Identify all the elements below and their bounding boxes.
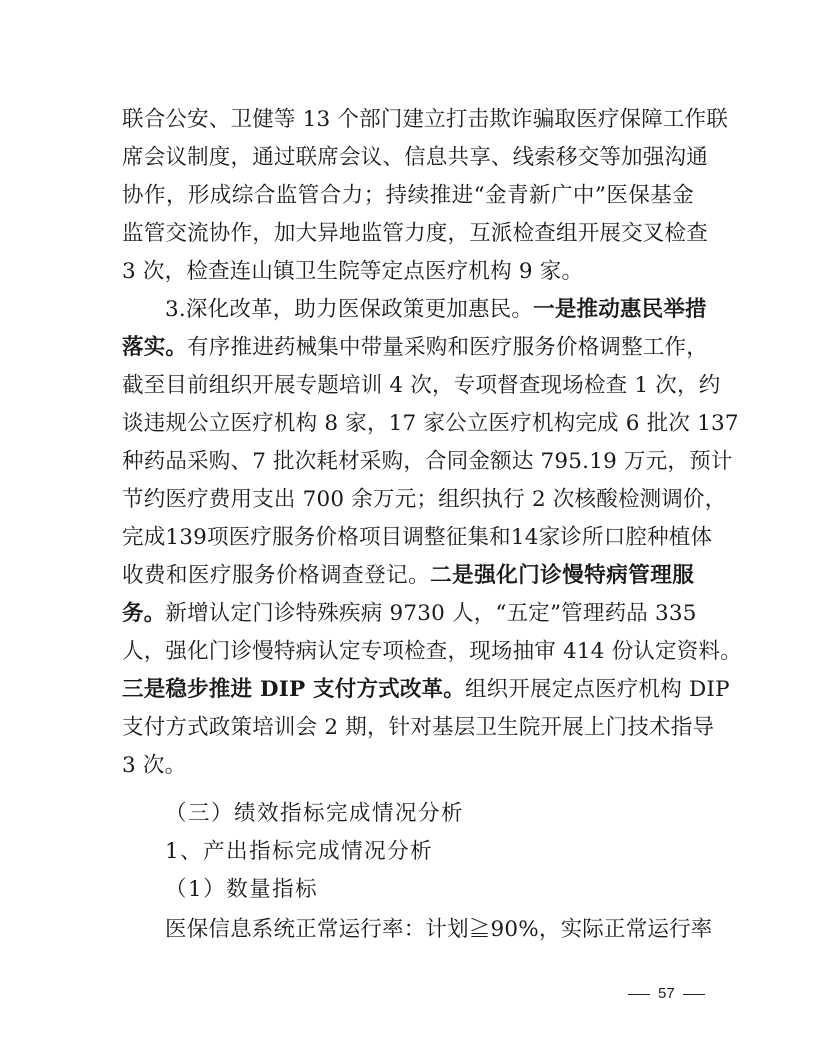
bold-point-3: 三是稳步推进 DIP 支付方式改革。: [122, 677, 465, 702]
body-line: 联合公安、卫健等 13 个部门建立打击欺诈骗取医疗保障工作联: [122, 101, 694, 139]
dash-right: [683, 994, 705, 995]
bold-point-2: 二是强化门诊慢特病管理服: [430, 563, 694, 588]
body-line: 三是稳步推进 DIP 支付方式改革。组织开展定点医疗机构 DIP: [122, 671, 694, 709]
body-line: 人，强化门诊慢特病认定专项检查，现场抽审 414 份认定资料。: [122, 633, 694, 671]
body-line: 节约医疗费用支出 700 余万元；组织执行 2 次核酸检测调价，: [122, 481, 694, 519]
section-3-line: 3.深化改革，助力医保政策更加惠民。一是推动惠民举措: [165, 291, 694, 329]
body-line: 收费和医疗服务价格调查登记。二是强化门诊慢特病管理服: [122, 557, 694, 595]
body-line: 完成139项医疗服务价格项目调整征集和14家诊所口腔种植体: [122, 519, 694, 557]
body-text: 收费和医疗服务价格调查登记。: [122, 563, 430, 588]
body-line: 落实。有序推进药械集中带量采购和医疗服务价格调整工作，: [122, 329, 694, 367]
heading-quantity-indicators: （1）数量指标: [165, 871, 318, 909]
body-text: 组织开展定点医疗机构 DIP: [465, 677, 730, 702]
body-line: 务。新增认定门诊特殊疾病 9730 人，“五定”管理药品 335: [122, 595, 694, 633]
section-3-title: 3.深化改革，助力医保政策更加惠民。: [165, 297, 533, 322]
heading-output-indicators: 1、产出指标完成情况分析: [165, 833, 433, 871]
heading-performance-analysis: （三）绩效指标完成情况分析: [165, 795, 464, 833]
body-line: 谈违规公立医疗机构 8 家，17 家公立医疗机构完成 6 批次 137: [122, 405, 694, 443]
bold-point-1: 一是推动惠民举措: [533, 297, 707, 322]
bold-point-2-end: 务。: [122, 601, 165, 626]
page-footer: 57: [620, 985, 713, 1002]
body-line: 医保信息系统正常运行率：计划≧90%，实际正常运行率: [165, 911, 694, 949]
body-text: 新增认定门诊特殊疾病 9730 人，“五定”管理药品 335: [165, 601, 696, 626]
document-page: 联合公安、卫健等 13 个部门建立打击欺诈骗取医疗保障工作联 席会议制度，通过联…: [0, 0, 815, 1055]
body-line: 3 次，检查连山镇卫生院等定点医疗机构 9 家。: [122, 253, 694, 291]
body-text: 有序推进药械集中带量采购和医疗服务价格调整工作，: [187, 335, 708, 360]
dash-left: [628, 994, 650, 995]
body-line: 种药品采购、7 批次耗材采购，合同金额达 795.19 万元，预计: [122, 443, 694, 481]
body-line: 3 次。: [122, 747, 694, 785]
body-line: 席会议制度，通过联席会议、信息共享、线索移交等加强沟通: [122, 139, 694, 177]
body-line: 监管交流协作，加大异地监管力度，互派检查组开展交叉检查: [122, 215, 694, 253]
bold-point-1-end: 落实。: [122, 335, 187, 360]
page-number: 57: [658, 985, 675, 1002]
body-line: 截至目前组织开展专题培训 4 次，专项督查现场检查 1 次，约: [122, 367, 694, 405]
body-line: 协作，形成综合监管合力；持续推进“金青新广中”医保基金: [122, 177, 694, 215]
body-line: 支付方式政策培训会 2 期，针对基层卫生院开展上门技术指导: [122, 709, 694, 747]
